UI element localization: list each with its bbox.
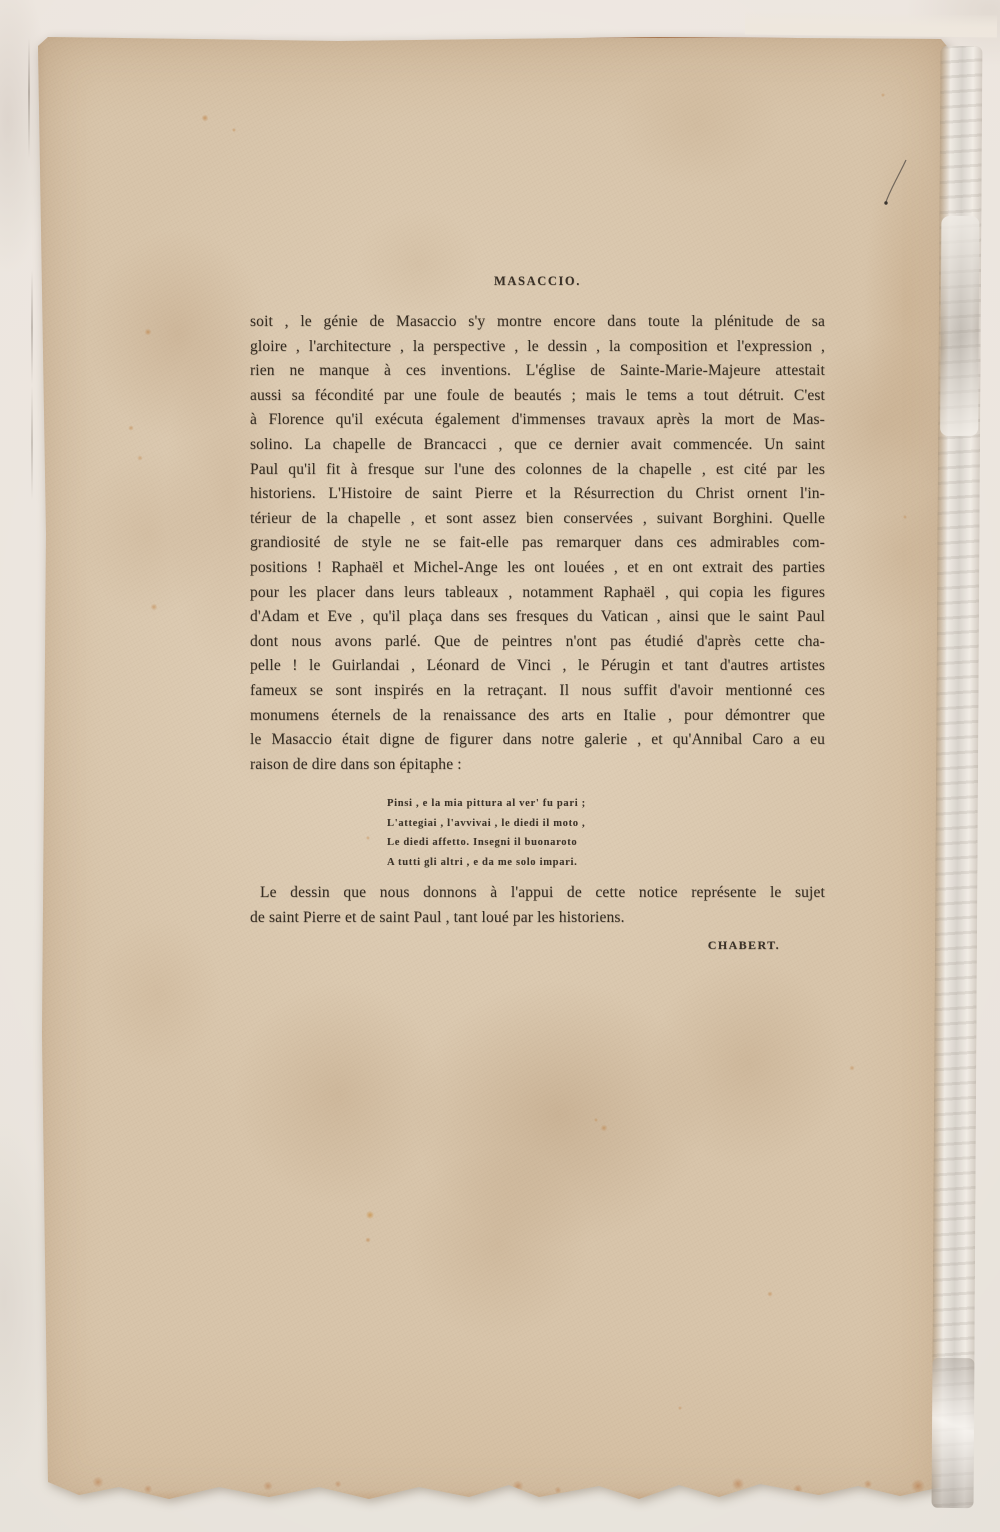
signature: CHABERT. [250, 938, 825, 953]
text-line: à Florence qu'il exécuta également d'imm… [250, 408, 825, 433]
body-paragraph: soit , le génie de Masaccio s'y montre e… [250, 310, 825, 777]
page-text: MASACCIO. soit , le génie de Masaccio s'… [250, 34, 825, 1506]
text-line: dont nous avons parlé. Que de peintres n… [250, 630, 825, 655]
text-line: d'Adam et Eve , qu'il plaça dans ses fre… [250, 605, 825, 630]
verse-block: Pinsi , e la mia pittura al ver' fu pari… [387, 794, 586, 873]
closing-paragraph: Le dessin que nous donnons à l'appui de … [250, 880, 825, 931]
verse-line: L'attegiai , l'avvivai , le diedi il mot… [387, 814, 586, 834]
corner-flap [745, 12, 997, 37]
text-line: historiens. L'Histoire de saint Pierre e… [250, 482, 825, 507]
pen-mark [878, 152, 918, 214]
text-line: gloire , l'architecture , la perspective… [250, 335, 825, 360]
text-line: pour les placer dans leurs tableaux , no… [250, 581, 825, 606]
text-line: pelle ! le Guirlandai , Léonard de Vinci… [250, 654, 825, 679]
text-line: soit , le génie de Masaccio s'y montre e… [250, 310, 825, 335]
tissue-crumple [940, 216, 979, 436]
text-line: raison de dire dans son épitaphe : [250, 753, 825, 778]
tissue-crumple [932, 1358, 975, 1508]
paper-sheet: MASACCIO. soit , le génie de Masaccio s'… [38, 34, 950, 1506]
text-line: térieur de la chapelle , et sont assez b… [250, 507, 825, 532]
text-line: rien ne manque à ces inventions. L'églis… [250, 359, 825, 384]
text-line: de saint Pierre et de saint Paul , tant … [250, 905, 825, 930]
text-line: Paul qu'il fit à fresque sur l'une des c… [250, 458, 825, 483]
text-line: monumens éternels de la renaissance des … [250, 704, 825, 729]
tissue-guard-strip [932, 46, 983, 1508]
running-title: MASACCIO. [250, 274, 825, 289]
backing-crease [28, 38, 30, 158]
verse-line: Le diedi affetto. Insegni il buonaroto [387, 833, 586, 853]
verse-line: Pinsi , e la mia pittura al ver' fu pari… [387, 794, 586, 814]
text-line: positions ! Raphaël et Michel-Ange les o… [250, 556, 825, 581]
text-line: solino. La chapelle de Brancacci , que c… [250, 433, 825, 458]
backing-crease [31, 270, 33, 500]
text-line: le Masaccio était digne de figurer dans … [250, 728, 825, 753]
text-line: Le dessin que nous donnons à l'appui de … [250, 880, 825, 905]
verse-line: A tutti gli altri , e da me solo impari. [387, 853, 586, 873]
text-line: fameux se sont inspirés en la retraçant.… [250, 679, 825, 704]
text-line: aussi sa fécondité par une foule de beau… [250, 384, 825, 409]
text-line: grandiosité de style ne se fait-elle pas… [250, 531, 825, 556]
